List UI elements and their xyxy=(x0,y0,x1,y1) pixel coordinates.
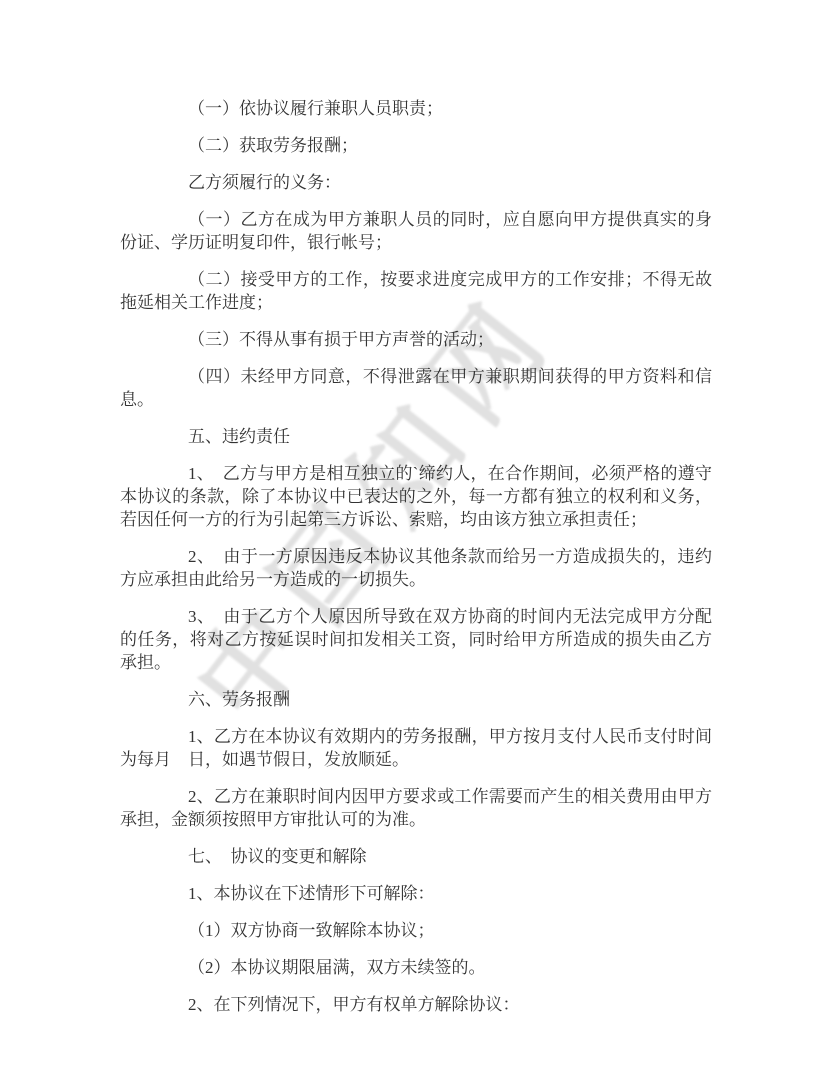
paragraph: 五、违约责任 xyxy=(120,425,712,448)
paragraph: 乙方须履行的义务： xyxy=(120,171,712,194)
paragraph: 六、劳务报酬 xyxy=(120,688,712,711)
paragraph: 1、本协议在下述情形下可解除： xyxy=(120,882,712,905)
paragraph: （四）未经甲方同意，不得泄露在甲方兼职期间获得的甲方资料和信息。 xyxy=(120,365,712,411)
document-page: 中国知网 （一）依协议履行兼职人员职责；（二）获取劳务报酬；乙方须履行的义务：（… xyxy=(0,0,830,1074)
paragraph: （1）双方协商一致解除本协议； xyxy=(120,919,712,942)
document-content: （一）依协议履行兼职人员职责；（二）获取劳务报酬；乙方须履行的义务：（一）乙方在… xyxy=(120,97,712,1030)
paragraph: （一）依协议履行兼职人员职责； xyxy=(120,97,712,120)
paragraph: （二）获取劳务报酬； xyxy=(120,134,712,157)
paragraph: （三）不得从事有损于甲方声誉的活动； xyxy=(120,328,712,351)
paragraph: 2、在下列情况下，甲方有权单方解除协议： xyxy=(120,993,712,1016)
paragraph: 1、 乙方与甲方是相互独立的`缔约人，在合作期间，必须严格的遵守本协议的条款，除… xyxy=(120,462,712,531)
paragraph: 1、乙方在本协议有效期内的劳务报酬，甲方按月支付人民币支付时间为每月 日，如遇节… xyxy=(120,725,712,771)
paragraph: 2、乙方在兼职时间内因甲方要求或工作需要而产生的相关费用由甲方承担，金额须按照甲… xyxy=(120,785,712,831)
paragraph: 3、 由于乙方个人原因所导致在双方协商的时间内无法完成甲方分配的任务，将对乙方按… xyxy=(120,605,712,674)
paragraph: （一）乙方在成为甲方兼职人员的同时，应自愿向甲方提供真实的身份证、学历证明复印件… xyxy=(120,208,712,254)
paragraph: （二）接受甲方的工作，按要求进度完成甲方的工作安排；不得无故拖延相关工作进度； xyxy=(120,268,712,314)
paragraph: 七、 协议的变更和解除 xyxy=(120,845,712,868)
paragraph: 2、 由于一方原因违反本协议其他条款而给另一方造成损失的，违约方应承担由此给另一… xyxy=(120,545,712,591)
paragraph: （2）本协议期限届满，双方未续签的。 xyxy=(120,956,712,979)
